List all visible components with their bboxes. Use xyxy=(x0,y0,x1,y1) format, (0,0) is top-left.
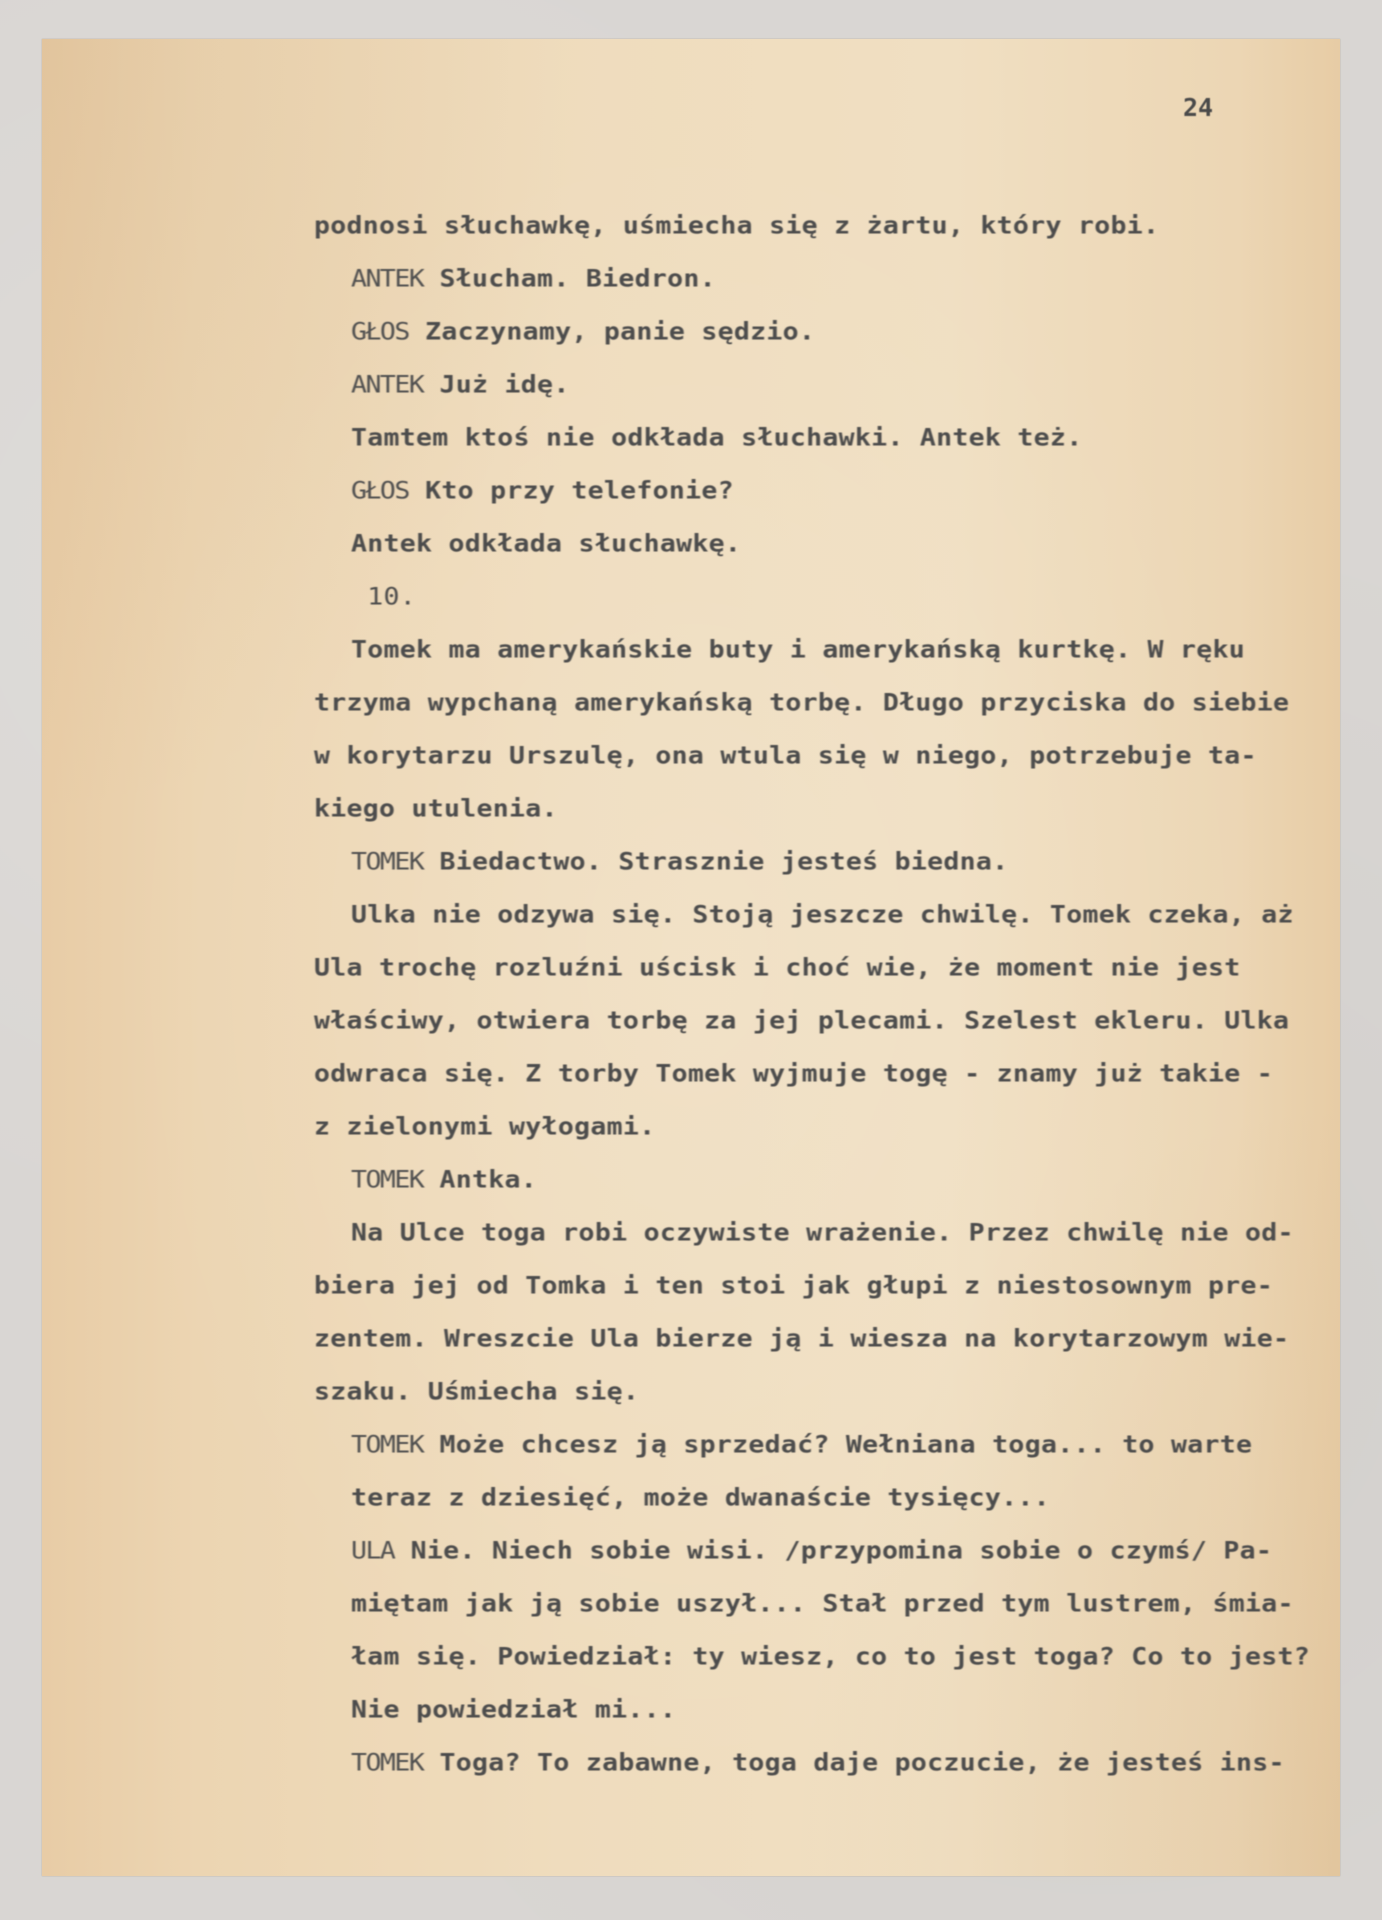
dialogue-line: TOMEK Może chcesz ją sprzedać? Wełniana … xyxy=(351,1431,1252,1459)
text-line: Ulka nie odzywa się. Stoją jeszcze chwil… xyxy=(351,901,1294,929)
text-line: biera jej od Tomka i ten stoi jak głupi … xyxy=(314,1272,1273,1300)
text-line: teraz z dziesięć, może dwanaście tysięcy… xyxy=(351,1484,1050,1512)
dialogue-line: TOMEK Toga? To zabawne, toga daje poczuc… xyxy=(351,1749,1285,1777)
dialogue-line: GŁOS Zaczynamy, panie sędzio. xyxy=(351,318,815,346)
text-line: właściwy, otwiera torbę za jej plecami. … xyxy=(314,1007,1289,1035)
dialogue-line: TOMEK Antka. xyxy=(351,1166,537,1194)
text-line: Ula trochę rozluźni uścisk i choć wie, ż… xyxy=(314,954,1241,982)
text-line: łam się. Powiedział: ty wiesz, co to jes… xyxy=(351,1643,1310,1671)
text-line: w korytarzu Urszulę, ona wtula się w nie… xyxy=(314,742,1257,770)
text-line: odwraca się. Z torby Tomek wyjmuje togę … xyxy=(314,1060,1273,1088)
text-line: zentem. Wreszcie Ula bierze ją i wiesza … xyxy=(314,1325,1289,1353)
speaker-name: TOMEK xyxy=(351,1748,423,1777)
text-line: podnosi słuchawkę, uśmiecha się z żartu,… xyxy=(314,212,1159,240)
dialogue-line: GŁOS Kto przy telefonie? xyxy=(351,477,734,505)
text-line: Antek odkłada słuchawkę. xyxy=(351,530,741,558)
speaker-name: GŁOS xyxy=(351,317,409,346)
speaker-name: ULA xyxy=(351,1536,394,1565)
speaker-name: TOMEK xyxy=(351,1165,423,1194)
text-line: Na Ulce toga robi oczywiste wrażenie. Pr… xyxy=(351,1219,1294,1247)
scene-number: 10. xyxy=(351,583,416,611)
speaker-name: ANTEK xyxy=(351,264,423,293)
dialogue-line: TOMEK Biedactwo. Strasznie jesteś biedna… xyxy=(351,848,1008,876)
text-line: trzyma wypchaną amerykańską torbę. Długo… xyxy=(314,689,1289,717)
speaker-name: ANTEK xyxy=(351,370,423,399)
speaker-name: GŁOS xyxy=(351,476,409,505)
speaker-name: TOMEK xyxy=(351,1430,423,1459)
page-number: 24 xyxy=(1183,93,1213,122)
dialogue-line: ANTEK Słucham. Biedron. xyxy=(351,265,716,293)
text-line: z zielonymi wyłogami. xyxy=(314,1113,655,1141)
dialogue-line: ANTEK Już idę. xyxy=(351,371,570,399)
dialogue-line: ULA Nie. Niech sobie wisi. /przypomina s… xyxy=(351,1537,1272,1565)
text-line: Nie powiedział mi... xyxy=(351,1696,676,1724)
text-line: szaku. Uśmiecha się. xyxy=(314,1378,639,1406)
text-line: Tomek ma amerykańskie buty i amerykańską… xyxy=(351,636,1245,664)
text-line: Tamtem ktoś nie odkłada słuchawki. Antek… xyxy=(351,424,1082,452)
speaker-name: TOMEK xyxy=(351,847,423,876)
text-line: miętam jak ją sobie uszył... Stał przed … xyxy=(351,1590,1294,1618)
text-line: kiego utulenia. xyxy=(314,795,558,823)
